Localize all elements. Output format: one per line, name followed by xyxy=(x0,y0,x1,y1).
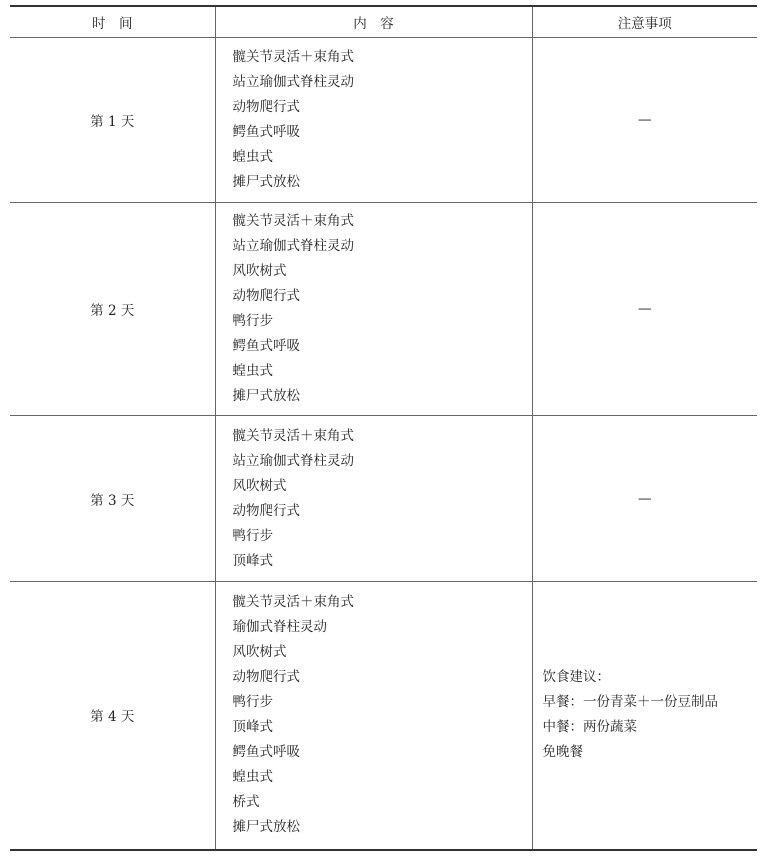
diet-notes: 饮食建议： 早餐：一份青菜＋一份豆制品 中餐：两份蔬菜 免晚餐 xyxy=(532,582,757,850)
content-item: 摊尸式放松 xyxy=(233,384,532,409)
content-item: 风吹树式 xyxy=(233,259,532,284)
diet-note-title: 饮食建议： xyxy=(543,665,758,690)
content-list: 髋关节灵活＋束角式 瑜伽式脊柱灵动 风吹树式 动物爬行式 鸭行步 顶峰式 鳄鱼式… xyxy=(215,582,532,850)
content-list: 髋关节灵活＋束角式 站立瑜伽式脊柱灵动 风吹树式 动物爬行式 鸭行步 鳄鱼式呼吸… xyxy=(215,203,532,416)
day-label: 第 2 天 xyxy=(10,203,215,416)
notes-cell: — xyxy=(532,38,757,203)
diet-note-breakfast: 早餐：一份青菜＋一份豆制品 xyxy=(543,690,758,715)
content-item: 站立瑜伽式脊柱灵动 xyxy=(233,449,532,474)
notes-cell: — xyxy=(532,416,757,582)
content-item: 鸭行步 xyxy=(233,690,532,715)
content-item: 髋关节灵活＋束角式 xyxy=(233,45,532,70)
content-item: 摊尸式放松 xyxy=(233,170,532,195)
header-content: 内 容 xyxy=(215,6,532,38)
day-label: 第 3 天 xyxy=(10,416,215,582)
content-item: 风吹树式 xyxy=(233,474,532,499)
content-item: 蝗虫式 xyxy=(233,359,532,384)
content-item: 蝗虫式 xyxy=(233,765,532,790)
content-item: 髋关节灵活＋束角式 xyxy=(233,209,532,234)
content-item: 髋关节灵活＋束角式 xyxy=(233,590,532,615)
content-item: 摊尸式放松 xyxy=(233,815,532,840)
notes-cell: — xyxy=(532,203,757,416)
day-label: 第 4 天 xyxy=(10,582,215,850)
schedule-table: 时 间 内 容 注意事项 第 1 天 髋关节灵活＋束角式 站立瑜伽式脊柱灵动 动… xyxy=(10,5,757,851)
content-item: 动物爬行式 xyxy=(233,665,532,690)
content-item: 蝗虫式 xyxy=(233,145,532,170)
content-item: 风吹树式 xyxy=(233,640,532,665)
content-item: 动物爬行式 xyxy=(233,499,532,524)
header-row: 时 间 内 容 注意事项 xyxy=(10,6,757,38)
content-item: 鳄鱼式呼吸 xyxy=(233,334,532,359)
content-item: 站立瑜伽式脊柱灵动 xyxy=(233,70,532,95)
content-item: 髋关节灵活＋束角式 xyxy=(233,424,532,449)
content-item: 鳄鱼式呼吸 xyxy=(233,740,532,765)
table-row-day-3: 第 3 天 髋关节灵活＋束角式 站立瑜伽式脊柱灵动 风吹树式 动物爬行式 鸭行步… xyxy=(10,416,757,582)
content-item: 瑜伽式脊柱灵动 xyxy=(233,615,532,640)
diet-note-lunch: 中餐：两份蔬菜 xyxy=(543,715,758,740)
content-item: 鸭行步 xyxy=(233,309,532,334)
content-list: 髋关节灵活＋束角式 站立瑜伽式脊柱灵动 风吹树式 动物爬行式 鸭行步 顶峰式 xyxy=(215,416,532,582)
content-item: 站立瑜伽式脊柱灵动 xyxy=(233,234,532,259)
diet-note-dinner: 免晚餐 xyxy=(543,740,758,765)
content-item: 顶峰式 xyxy=(233,549,532,574)
content-item: 桥式 xyxy=(233,790,532,815)
content-item: 鳄鱼式呼吸 xyxy=(233,120,532,145)
table-row-day-2: 第 2 天 髋关节灵活＋束角式 站立瑜伽式脊柱灵动 风吹树式 动物爬行式 鸭行步… xyxy=(10,203,757,416)
content-list: 髋关节灵活＋束角式 站立瑜伽式脊柱灵动 动物爬行式 鳄鱼式呼吸 蝗虫式 摊尸式放… xyxy=(215,38,532,203)
content-item: 动物爬行式 xyxy=(233,284,532,309)
table-row-day-4: 第 4 天 髋关节灵活＋束角式 瑜伽式脊柱灵动 风吹树式 动物爬行式 鸭行步 顶… xyxy=(10,582,757,850)
day-label: 第 1 天 xyxy=(10,38,215,203)
table-row-day-1: 第 1 天 髋关节灵活＋束角式 站立瑜伽式脊柱灵动 动物爬行式 鳄鱼式呼吸 蝗虫… xyxy=(10,38,757,203)
header-notes: 注意事项 xyxy=(532,6,757,38)
content-item: 顶峰式 xyxy=(233,715,532,740)
header-time: 时 间 xyxy=(10,6,215,38)
content-item: 鸭行步 xyxy=(233,524,532,549)
content-item: 动物爬行式 xyxy=(233,95,532,120)
